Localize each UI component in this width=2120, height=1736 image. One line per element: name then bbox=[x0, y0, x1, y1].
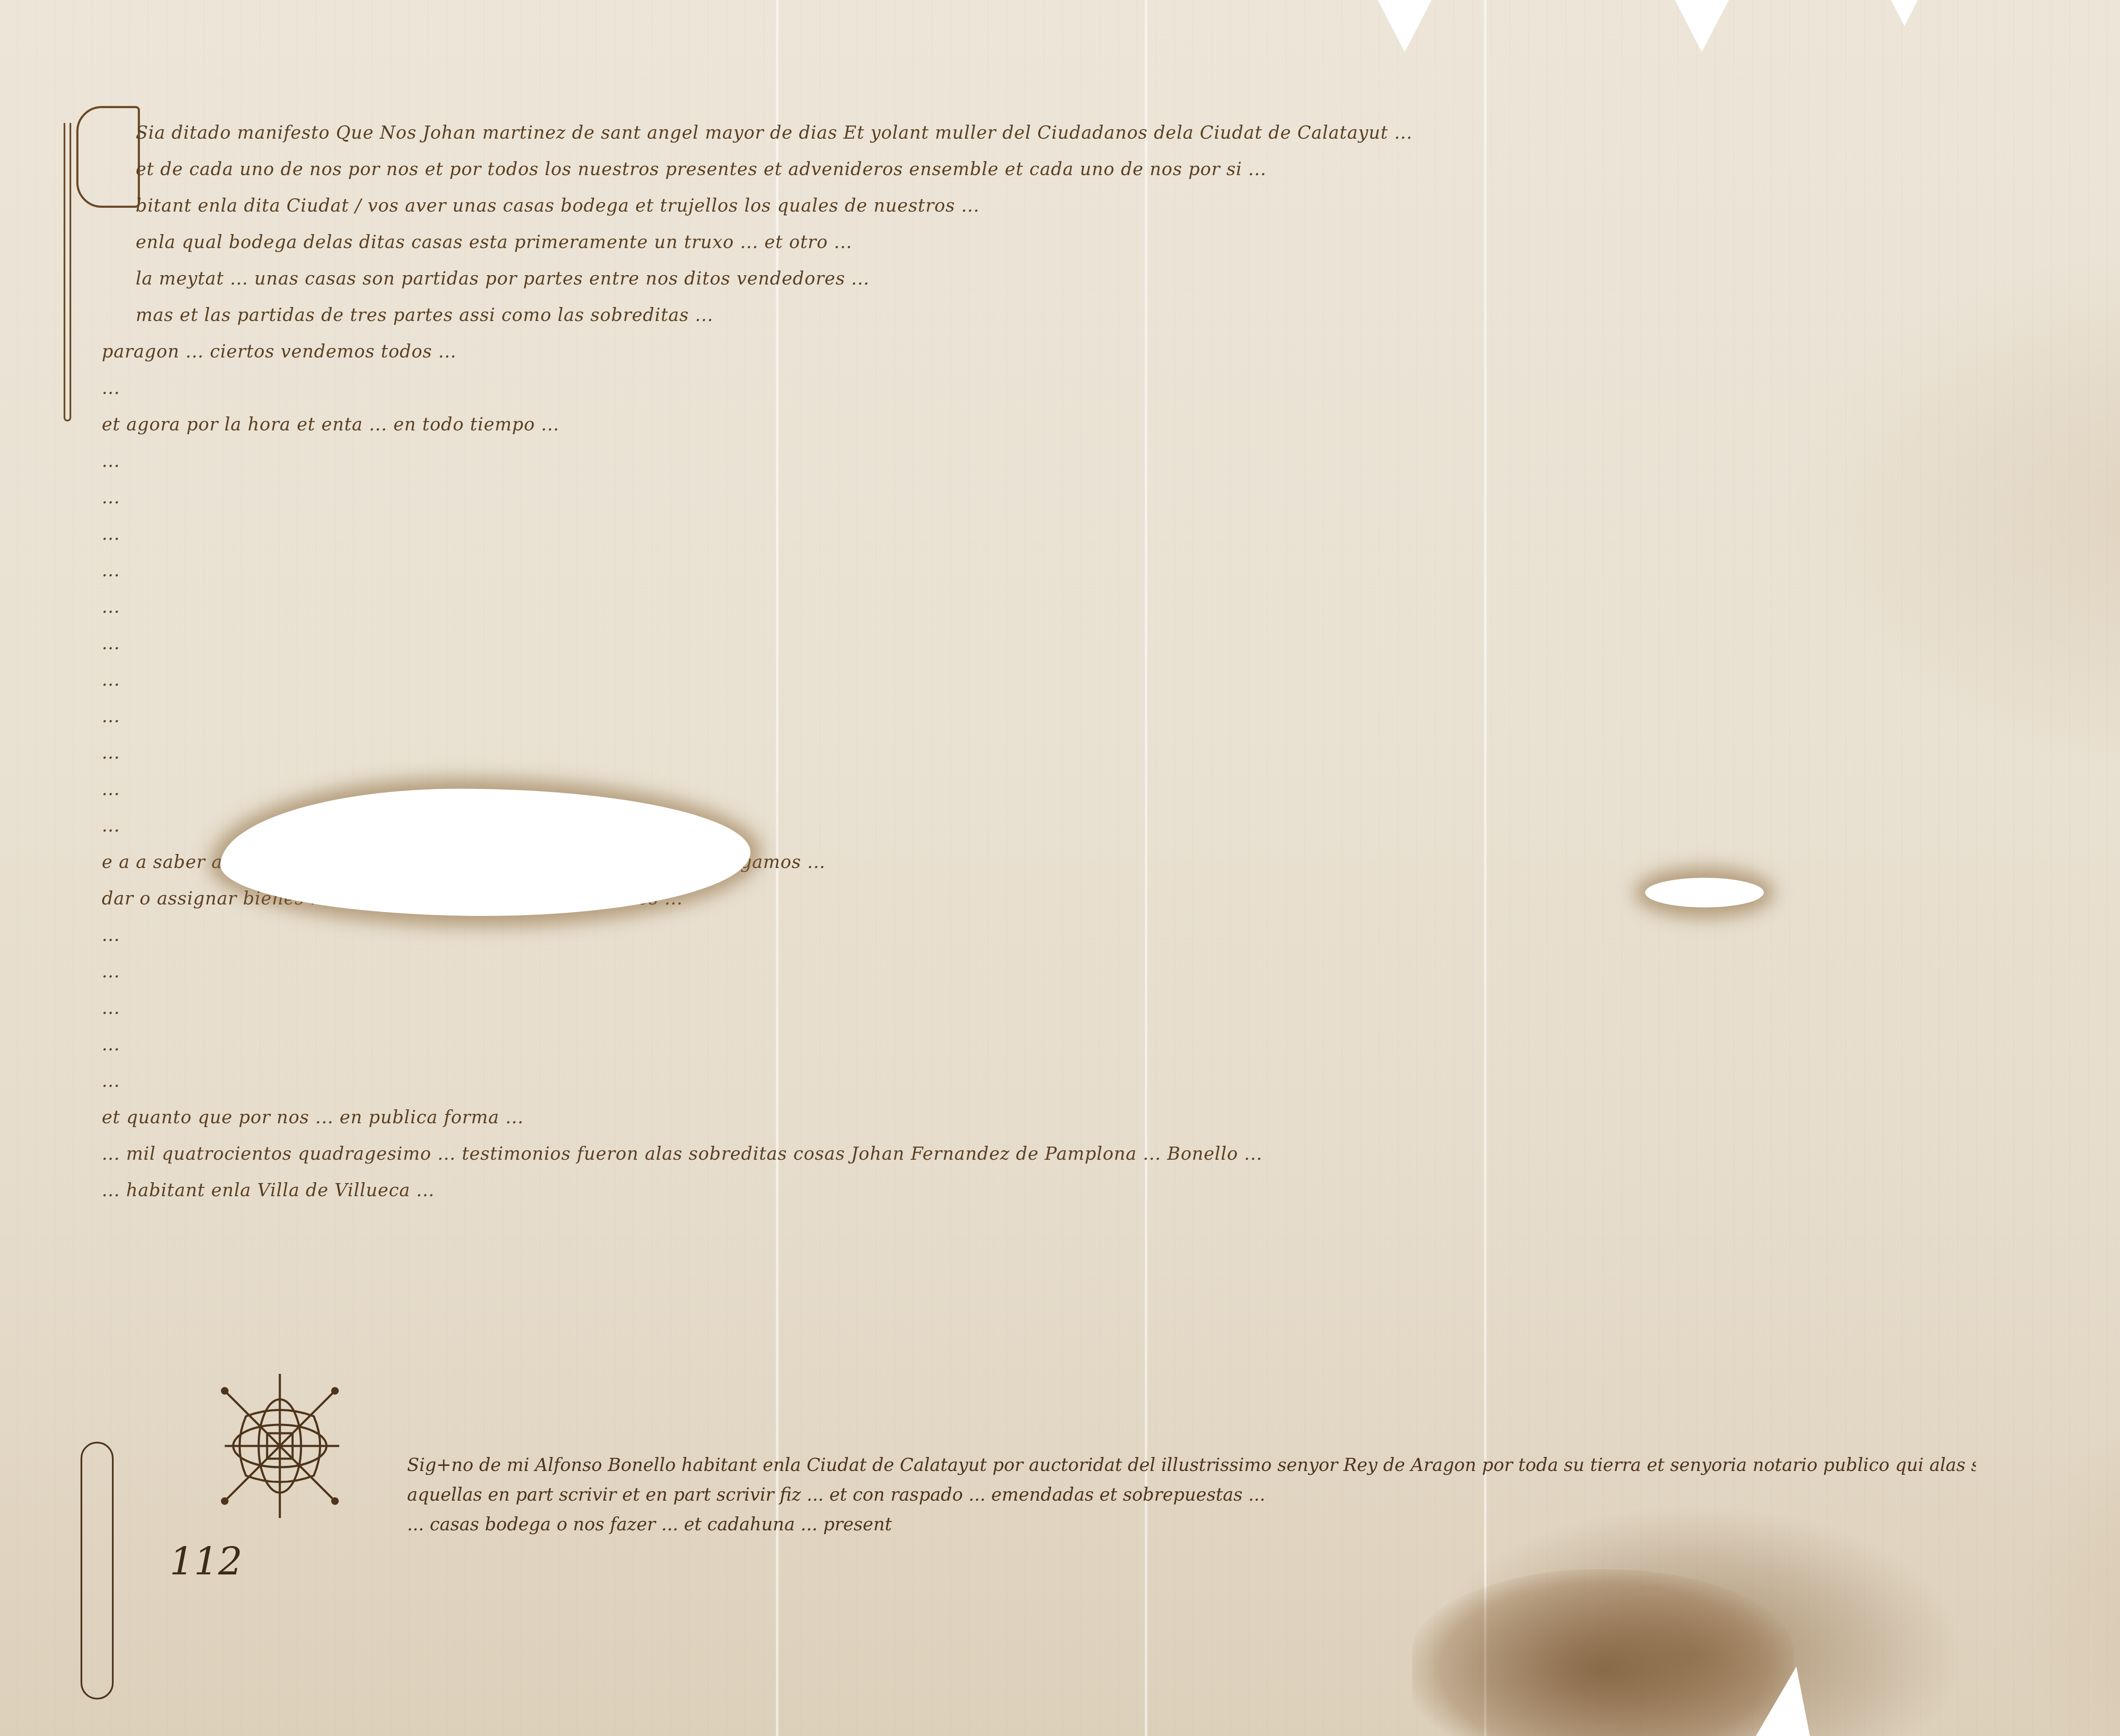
text-line: ... bbox=[102, 1063, 2120, 1099]
text-line: bitant enla dita Ciudat / vos aver unas … bbox=[102, 187, 2120, 224]
initial-flourish bbox=[64, 123, 71, 421]
main-text: Sia ditado manifesto Que Nos Johan marti… bbox=[102, 114, 2120, 1209]
parchment-hole bbox=[1645, 878, 1764, 907]
text-line: mas et las partidas de tres partes assi … bbox=[102, 297, 2120, 333]
text-line: ... bbox=[102, 516, 2120, 552]
text-line: ... bbox=[102, 698, 2120, 734]
text-line: ... bbox=[102, 589, 2120, 625]
paragraph-flourish bbox=[81, 1442, 114, 1700]
text-line: et quanto que por nos ... en publica for… bbox=[102, 1099, 2120, 1136]
text-line: ... bbox=[102, 953, 2120, 990]
water-stain bbox=[1412, 1569, 1794, 1736]
subscription-line: ... casas bodega o nos fazer ... et cada… bbox=[407, 1510, 1976, 1539]
text-line: la meytat ... unas casas son partidas po… bbox=[102, 260, 2120, 297]
text-line: ... bbox=[102, 370, 2120, 406]
text-line: ... habitant enla Villa de Villueca ... bbox=[102, 1172, 2120, 1209]
subscription-line: Sig+no de mi Alfonso Bonello habitant en… bbox=[407, 1450, 1976, 1480]
text-line: paragon ... ciertos vendemos todos ... bbox=[102, 333, 2120, 370]
text-line: Sia ditado manifesto Que Nos Johan marti… bbox=[102, 114, 2120, 151]
text-line: ... bbox=[102, 552, 2120, 589]
text-line: ... bbox=[102, 625, 2120, 661]
text-line: ... bbox=[102, 479, 2120, 516]
text-line: ... bbox=[102, 917, 2120, 953]
notarial-sign-icon bbox=[199, 1365, 360, 1527]
notary-subscription: Sig+no de mi Alfonso Bonello habitant en… bbox=[407, 1450, 1976, 1539]
text-line: et agora por la hora et enta ... en todo… bbox=[102, 406, 2120, 443]
folio-number: 112 bbox=[170, 1539, 243, 1584]
parchment-sheet: Sia ditado manifesto Que Nos Johan marti… bbox=[0, 0, 2120, 1736]
text-line: ... bbox=[102, 1026, 2120, 1063]
text-line: ... bbox=[102, 990, 2120, 1026]
text-line: ... bbox=[102, 443, 2120, 479]
text-line: enla qual bodega delas ditas casas esta … bbox=[102, 224, 2120, 260]
text-line: et de cada uno de nos por nos et por tod… bbox=[102, 151, 2120, 187]
text-line: ... bbox=[102, 734, 2120, 771]
text-line: ... bbox=[102, 661, 2120, 698]
text-line: ... mil quatrocientos quadragesimo ... t… bbox=[102, 1136, 2120, 1172]
subscription-line: aquellas en part scrivir et en part scri… bbox=[407, 1480, 1976, 1510]
